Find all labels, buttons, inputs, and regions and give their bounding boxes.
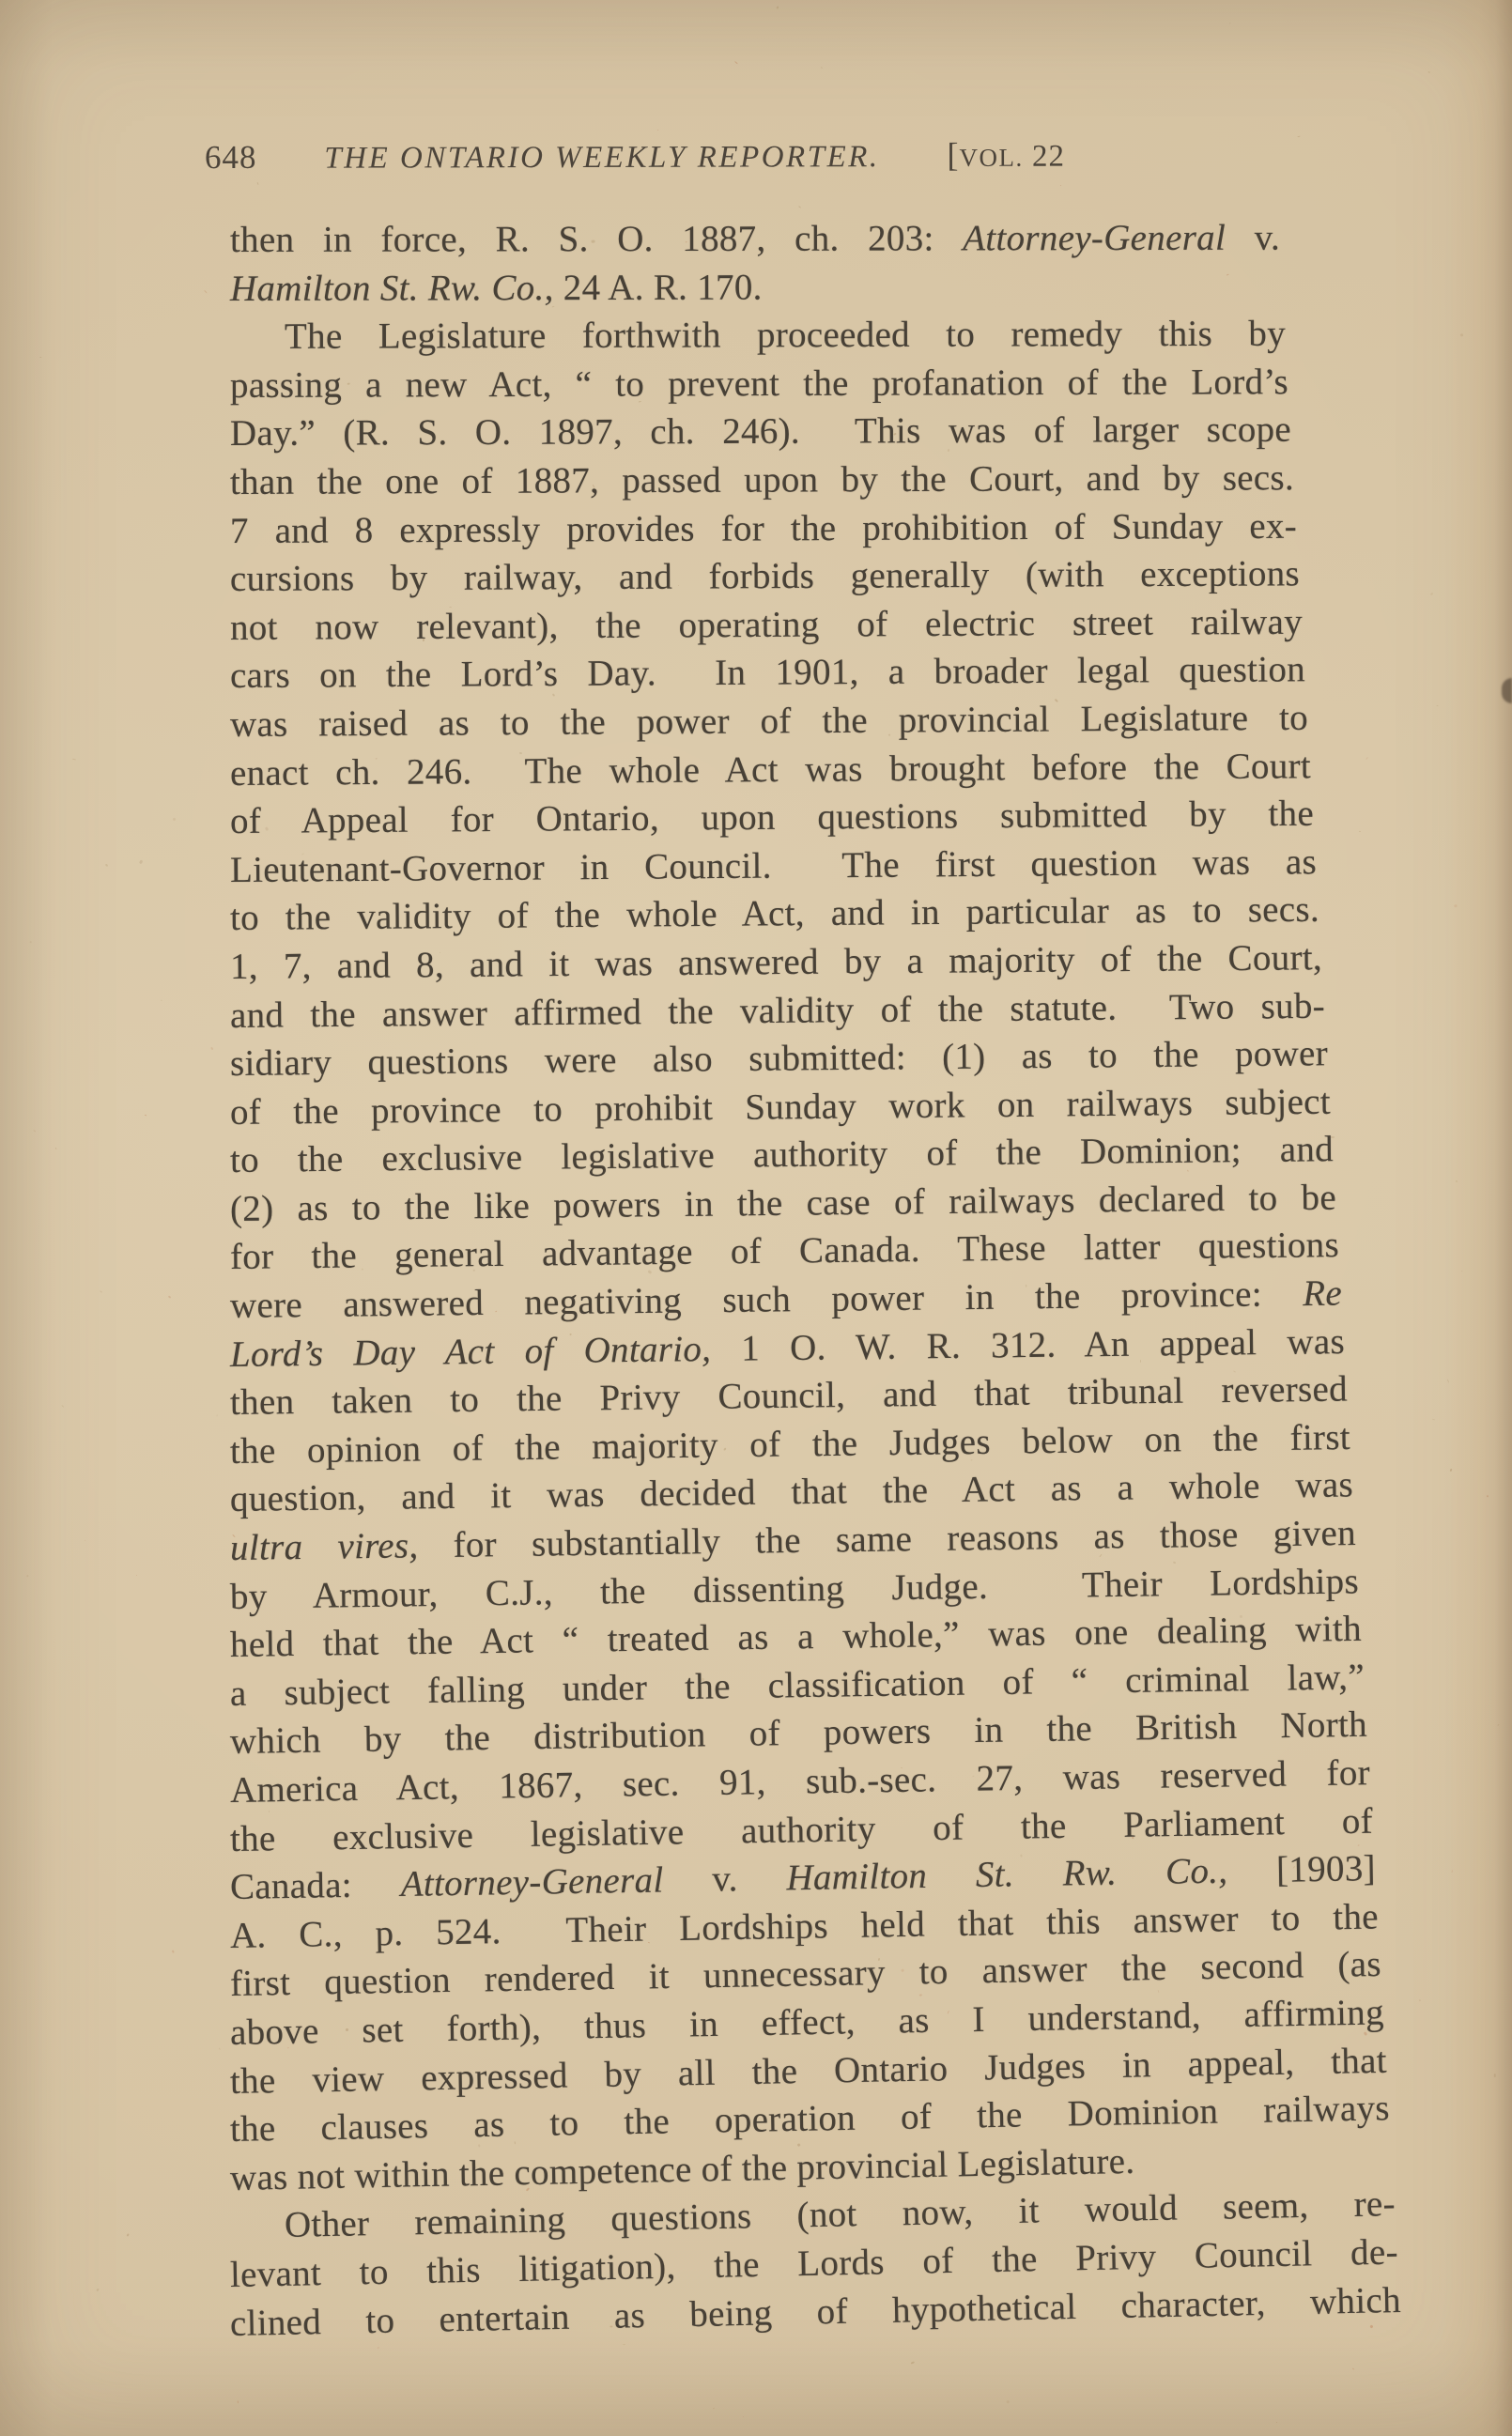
paper-speck [237, 2400, 238, 2403]
paper-speck [1498, 1724, 1500, 1726]
paper-speck [734, 61, 737, 64]
italic-text-segment: Lord’s Day Act of Ontario, [230, 1329, 712, 1375]
paper-speck [1427, 72, 1429, 74]
paper-speck [100, 1291, 102, 1294]
text-segment: Lieutenant-Governor in Council. The firs… [230, 841, 1317, 890]
text-segment: sidiary questions were also submitted: (… [230, 1033, 1328, 1084]
paper-speck [26, 1574, 29, 1577]
paper-speck [256, 182, 258, 185]
italic-text-segment: Re [1303, 1273, 1342, 1314]
volume-bracket: [ [947, 136, 959, 174]
page-number: 648 [205, 139, 257, 177]
text-segment: for the general advantage of Canada. The… [230, 1226, 1339, 1278]
paper-speck [172, 817, 176, 821]
paper-speck [1229, 23, 1231, 24]
text-segment: (2) as to the like powers in the case of… [230, 1178, 1336, 1229]
text-segment: v. [663, 1858, 787, 1901]
text-line: The Legislature forthwith proceeded to r… [230, 310, 1286, 362]
paper-speck [61, 1405, 64, 1408]
text-segment: to the exclusive legislative authority o… [230, 1129, 1334, 1180]
text-segment: than the one of 1887, passed upon by the… [230, 457, 1294, 502]
text-segment: cursions by railway, and forbids general… [230, 553, 1300, 599]
text-segment: [1903] [1227, 1848, 1376, 1891]
italic-text-segment: ultra vires, [230, 1525, 419, 1568]
italic-text-segment: Attorney-General [400, 1860, 664, 1905]
text-line: cars on the Lord’s Day. In 1901, a broad… [230, 646, 1305, 701]
paper-speck [1447, 1380, 1450, 1383]
text-line: passing a new Act, “ to prevent the prof… [230, 358, 1288, 409]
text-segment: for substantially the same reasons as th… [418, 1513, 1356, 1565]
paper-speck [798, 206, 801, 208]
text-line: Hamilton St. Rw. Co., 24 A. R. 170. [230, 262, 1283, 313]
paper-speck [72, 759, 76, 761]
text-segment: of Appeal for Ontario, upon questions su… [230, 794, 1314, 841]
text-segment: 24 A. R. 170. [554, 267, 763, 308]
text-segment: were answered negativing such power in t… [230, 1273, 1304, 1326]
text-segment: v. [1226, 218, 1280, 258]
text-line: 7 and 8 expressly provides for the prohi… [230, 501, 1297, 555]
text-segment: and the answer affirmed the validity of … [230, 985, 1325, 1035]
page-edge-mark [1502, 678, 1512, 703]
paper-speck [39, 357, 40, 358]
paper-speck [820, 67, 823, 69]
paper-speck [713, 2408, 715, 2410]
volume-number: 22 [1032, 140, 1065, 174]
paper-speck [54, 1148, 56, 1149]
text-line: Day.” (R. S. O. 1897, ch. 246). This was… [230, 406, 1291, 458]
italic-text-segment: Hamilton St. Rw. Co., [786, 1851, 1228, 1899]
text-segment: Canada: [230, 1864, 401, 1907]
paper-speck [136, 1575, 137, 1576]
paper-speck [30, 941, 33, 944]
text-segment: Day.” (R. S. O. 1897, ch. 246). This was… [230, 409, 1291, 454]
text-line: then in force, R. S. O. 1887, ch. 203: A… [230, 214, 1280, 265]
paper-speck [1453, 903, 1458, 908]
text-segment: 1 O. W. R. 312. An appeal was [711, 1321, 1345, 1369]
paper-speck [1456, 1180, 1458, 1182]
paper-speck [204, 290, 207, 293]
paper-speck [1297, 136, 1301, 138]
paper-speck [1419, 1999, 1422, 2001]
page-header: 648 THE ONTARIO WEEKLY REPORTER. [VOL. 2… [205, 135, 1065, 177]
paper-speck [34, 1130, 37, 1133]
volume-reference: [VOL. 22 [947, 135, 1065, 175]
text-segment: 1, 7, and 8, and it was answered by a ma… [230, 937, 1322, 987]
paper-speck [216, 1415, 218, 1417]
paper-speck [1432, 1419, 1435, 1421]
paper-speck [168, 1296, 172, 1299]
volume-label: VOL. [959, 144, 1023, 172]
paper-speck [105, 863, 108, 866]
paper-speck [127, 2233, 130, 2236]
paper-speck [743, 2416, 744, 2417]
text-segment: cars on the Lord’s Day. In 1901, a broad… [230, 650, 1305, 697]
book-page: 648 THE ONTARIO WEEKLY REPORTER. [VOL. 2… [0, 0, 1512, 2436]
paper-speck [1430, 592, 1434, 595]
text-line: not now relevant), the operating of elec… [230, 598, 1303, 653]
paper-speck [138, 859, 143, 864]
text-segment: to the validity of the whole Act, and in… [230, 889, 1319, 938]
body-text: then in force, R. S. O. 1887, ch. 203: A… [230, 216, 1401, 2348]
paper-speck [1275, 2421, 1276, 2422]
paper-speck [85, 1539, 85, 1540]
text-segment: of the province to prohibit Sunday work … [230, 1081, 1331, 1132]
paper-speck [161, 999, 162, 1001]
text-line: was raised as to the power of the provin… [230, 694, 1308, 749]
text-segment: passing a new Act, “ to prevent the prof… [230, 362, 1288, 406]
paper-speck [1461, 1270, 1463, 1272]
text-segment: enact ch. 246. The whole Act was brought… [230, 746, 1311, 794]
paper-speck [911, 2361, 915, 2364]
paper-speck [1460, 333, 1464, 336]
paper-speck [1451, 1870, 1452, 1873]
paper-speck [172, 1950, 175, 1953]
text-line: enact ch. 246. The whole Act was brought… [230, 742, 1311, 797]
running-title: THE ONTARIO WEEKLY REPORTER. [324, 140, 879, 177]
paper-speck [96, 2289, 100, 2292]
paper-speck [1450, 1469, 1453, 1472]
text-segment: 7 and 8 expressly provides for the prohi… [230, 505, 1297, 550]
text-line: than the one of 1887, passed upon by the… [230, 454, 1294, 506]
text-segment: not now relevant), the operating of elec… [230, 602, 1303, 648]
paper-speck [145, 1115, 147, 1116]
text-line: of Appeal for Ontario, upon questions su… [230, 790, 1314, 846]
text-segment: then in force, R. S. O. 1887, ch. 203: [230, 218, 963, 260]
paper-speck [1060, 185, 1061, 186]
italic-text-segment: Hamilton St. Rw. Co., [230, 268, 554, 309]
paper-speck [1352, 2368, 1354, 2370]
text-segment: was raised as to the power of the provin… [230, 698, 1308, 745]
paper-speck [219, 2047, 220, 2049]
paper-speck [211, 1047, 214, 1050]
italic-text-segment: Attorney-General [963, 218, 1226, 259]
text-line: cursions by railway, and forbids general… [230, 549, 1300, 603]
paper-speck [1006, 2400, 1010, 2404]
paper-speck [777, 6, 779, 8]
paper-speck [1437, 705, 1439, 706]
paper-speck [1494, 2074, 1496, 2077]
paper-speck [657, 130, 659, 131]
paper-speck [1487, 1495, 1489, 1497]
text-segment: The Legislature forthwith proceeded to r… [285, 314, 1286, 357]
